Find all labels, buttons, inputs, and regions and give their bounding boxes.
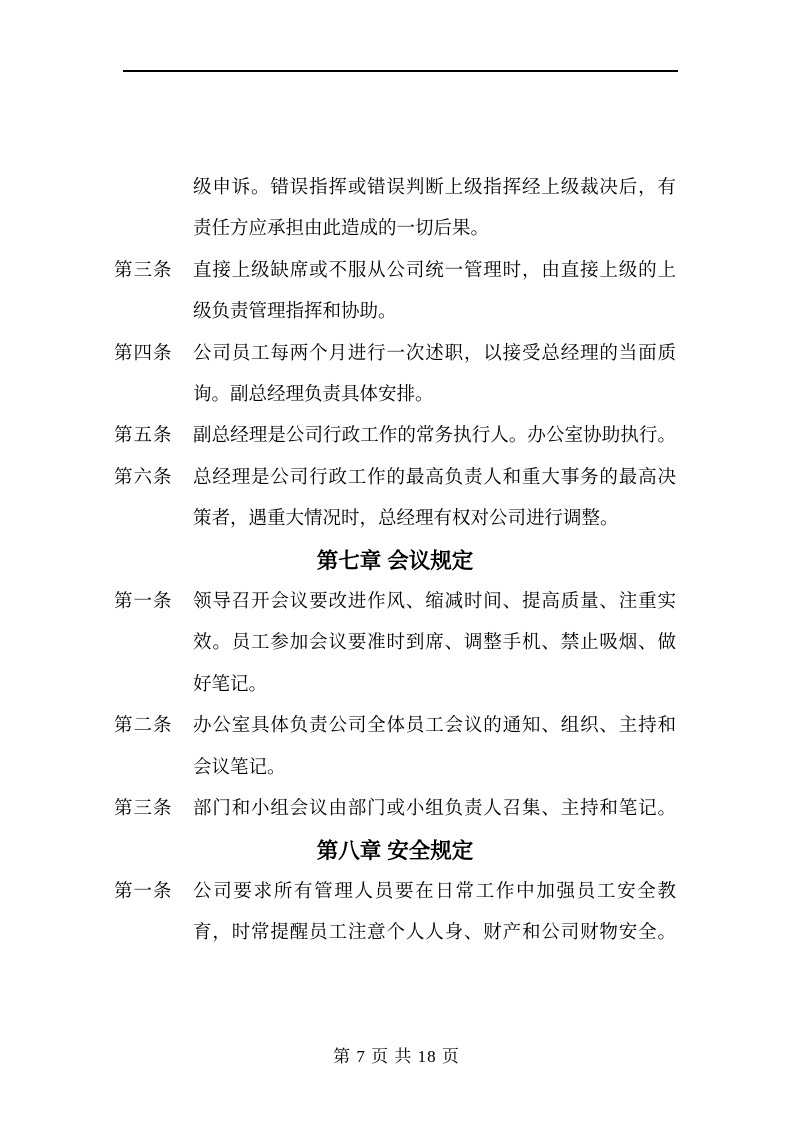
clause-line: 第二条办公室具体负责公司全体员工会议的通知、组织、主持和	[114, 706, 676, 747]
header-rule	[123, 70, 678, 72]
clause-label	[114, 499, 193, 540]
clause-line: 效。员工参加会议要准时到席、调整手机、禁止吸烟、做	[114, 623, 676, 664]
clause-text: 策者，遇重大情况时，总经理有权对公司进行调整。	[193, 499, 676, 540]
page-number: 第 7 页 共 18 页	[0, 1042, 793, 1067]
clause-text: 总经理是公司行政工作的最高负责人和重大事务的最高决	[193, 458, 676, 499]
clause-label	[114, 913, 193, 954]
clause-label	[114, 623, 193, 664]
clause-text: 级申诉。错误指挥或错误判断上级指挥经上级裁决后，有	[193, 168, 676, 209]
clause-label: 第六条	[114, 458, 193, 499]
clause-text: 好笔记。	[193, 665, 676, 706]
clause-text: 级负责管理指挥和协助。	[193, 292, 676, 333]
clause-label: 第三条	[114, 789, 193, 830]
clause-line: 责任方应承担由此造成的一切后果。	[114, 209, 676, 250]
clause-line: 第三条直接上级缺席或不服从公司统一管理时，由直接上级的上	[114, 251, 676, 292]
clause-text: 公司要求所有管理人员要在日常工作中加强员工安全教	[193, 872, 676, 913]
clause-text: 副总经理是公司行政工作的常务执行人。办公室协助执行。	[193, 416, 676, 457]
clause-label: 第二条	[114, 706, 193, 747]
clause-text: 部门和小组会议由部门或小组负责人召集、主持和笔记。	[193, 789, 676, 830]
clause-line: 育，时常提醒员工注意个人人身、财产和公司财物安全。	[114, 913, 676, 954]
clause-label	[114, 375, 193, 416]
clause-text: 育，时常提醒员工注意个人人身、财产和公司财物安全。	[193, 913, 676, 954]
clause-text: 直接上级缺席或不服从公司统一管理时，由直接上级的上	[193, 251, 676, 292]
clause-text: 办公室具体负责公司全体员工会议的通知、组织、主持和	[193, 706, 676, 747]
clause-text: 询。副总经理负责具体安排。	[193, 375, 676, 416]
clause-text: 效。员工参加会议要准时到席、调整手机、禁止吸烟、做	[193, 623, 676, 664]
document-lines: 级申诉。错误指挥或错误判断上级指挥经上级裁决后，有责任方应承担由此造成的一切后果…	[114, 168, 676, 955]
clause-line: 第一条公司要求所有管理人员要在日常工作中加强员工安全教	[114, 872, 676, 913]
clause-label: 第五条	[114, 416, 193, 457]
clause-label	[114, 665, 193, 706]
clause-line: 第一条领导召开会议要改进作风、缩减时间、提高质量、注重实	[114, 582, 676, 623]
clause-line: 第三条部门和小组会议由部门或小组负责人召集、主持和笔记。	[114, 789, 676, 830]
clause-line: 好笔记。	[114, 665, 676, 706]
document-body: 级申诉。错误指挥或错误判断上级指挥经上级裁决后，有责任方应承担由此造成的一切后果…	[114, 168, 676, 955]
document-page: 级申诉。错误指挥或错误判断上级指挥经上级裁决后，有责任方应承担由此造成的一切后果…	[0, 0, 793, 1122]
clause-label: 第四条	[114, 334, 193, 375]
clause-label	[114, 168, 193, 209]
clause-text: 会议笔记。	[193, 748, 676, 789]
clause-label: 第一条	[114, 582, 193, 623]
clause-label: 第三条	[114, 251, 193, 292]
clause-line: 第五条副总经理是公司行政工作的常务执行人。办公室协助执行。	[114, 416, 676, 457]
clause-line: 级申诉。错误指挥或错误判断上级指挥经上级裁决后，有	[114, 168, 676, 209]
clause-line: 第四条公司员工每两个月进行一次述职，以接受总经理的当面质	[114, 334, 676, 375]
clause-text: 领导召开会议要改进作风、缩减时间、提高质量、注重实	[193, 582, 676, 623]
clause-label	[114, 748, 193, 789]
clause-label	[114, 292, 193, 333]
chapter-heading: 第八章 安全规定	[114, 831, 676, 872]
clause-text: 责任方应承担由此造成的一切后果。	[193, 209, 676, 250]
clause-text: 公司员工每两个月进行一次述职，以接受总经理的当面质	[193, 334, 676, 375]
clause-label	[114, 209, 193, 250]
clause-line: 级负责管理指挥和协助。	[114, 292, 676, 333]
clause-line: 询。副总经理负责具体安排。	[114, 375, 676, 416]
clause-label: 第一条	[114, 872, 193, 913]
clause-line: 第六条总经理是公司行政工作的最高负责人和重大事务的最高决	[114, 458, 676, 499]
clause-line: 策者，遇重大情况时，总经理有权对公司进行调整。	[114, 499, 676, 540]
clause-line: 会议笔记。	[114, 748, 676, 789]
chapter-heading: 第七章 会议规定	[114, 541, 676, 582]
